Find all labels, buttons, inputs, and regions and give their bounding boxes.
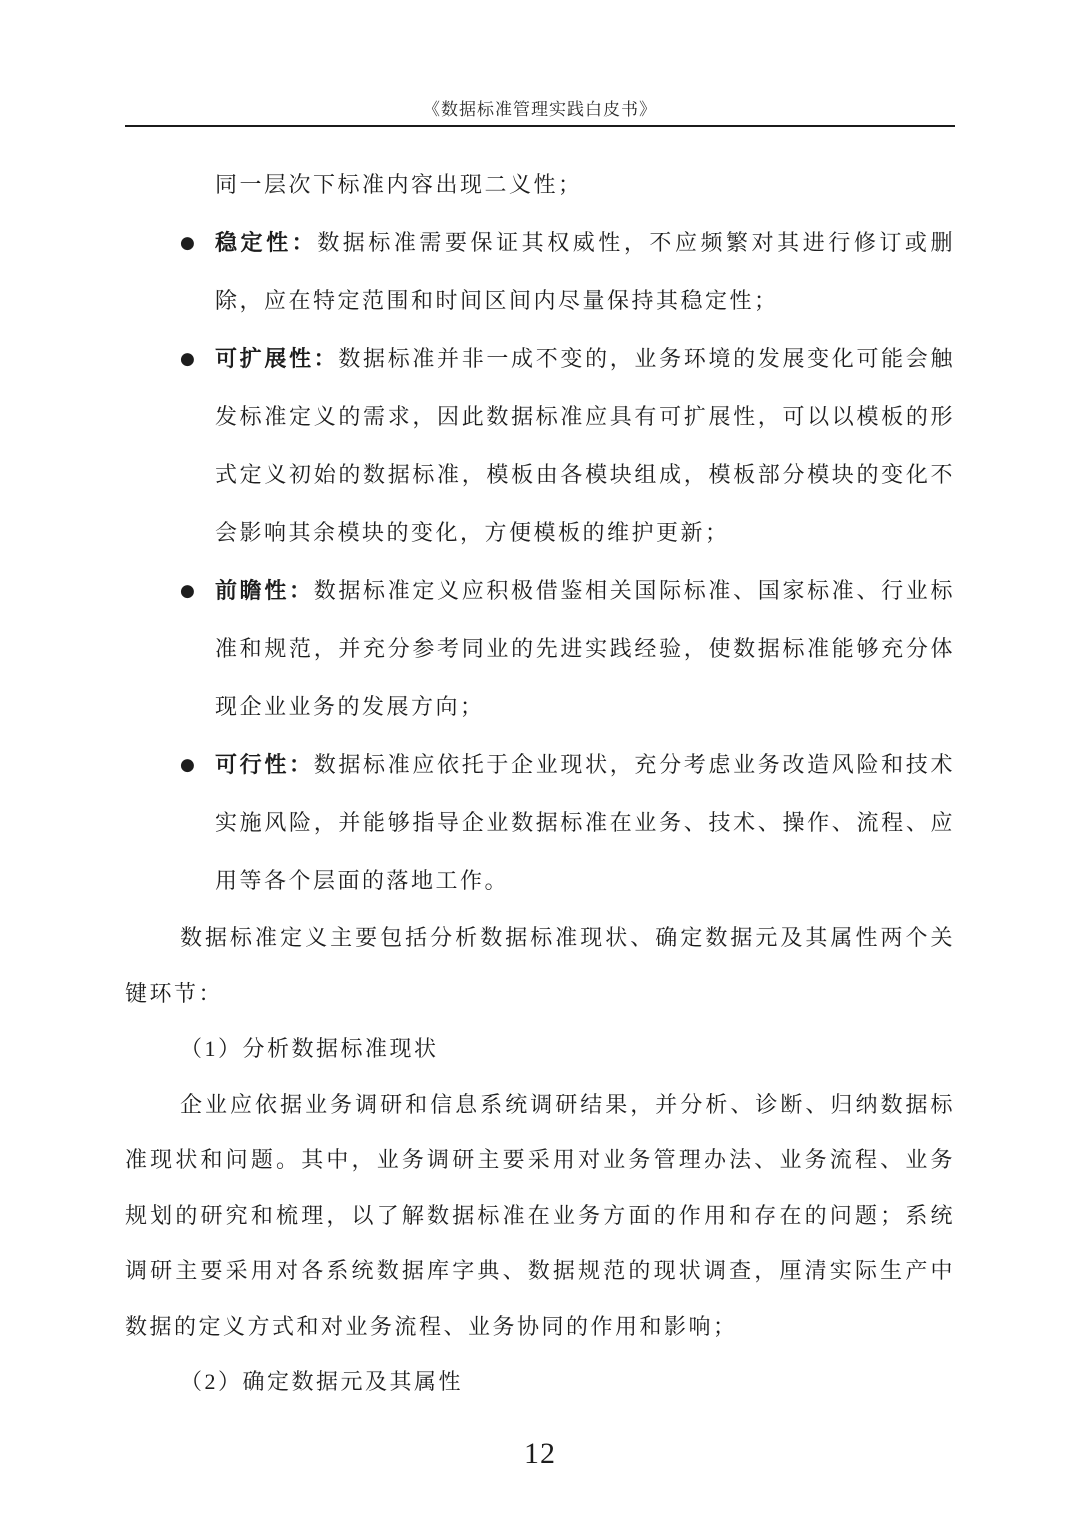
bullet-text: 数据标准并非一成不变的，业务环境的发展变化可能会触发标准定义的需求，因此数据标准… xyxy=(215,346,955,545)
bullet-icon: ● xyxy=(180,562,195,620)
bullet-section: 同一层次下标准内容出现二义性； ● 稳定性：数据标准需要保证其权威性，不应频繁对… xyxy=(125,156,955,910)
bullet-item-feasibility: ● 可行性：数据标准应依托于企业现状，充分考虑业务改造风险和技术实施风险，并能够… xyxy=(125,736,955,910)
bullet-item-foresight: ● 前瞻性：数据标准定义应积极借鉴相关国际标准、国家标准、行业标准和规范，并充分… xyxy=(125,562,955,736)
paragraph-research-detail: 企业应依据业务调研和信息系统调研结果，并分析、诊断、归纳数据标准现状和问题。其中… xyxy=(125,1077,955,1355)
paragraph-key-steps: 数据标准定义主要包括分析数据标准现状、确定数据元及其属性两个关键环节： xyxy=(125,910,955,1021)
bullet-text: 数据标准应依托于企业现状，充分考虑业务改造风险和技术实施风险，并能够指导企业数据… xyxy=(215,752,955,893)
page-header: 《数据标准管理实践白皮书》 xyxy=(125,0,955,135)
bullet-term: 可扩展性： xyxy=(215,346,338,371)
bullet-icon: ● xyxy=(180,330,195,388)
bullet-text: 数据标准定义应积极借鉴相关国际标准、国家标准、行业标准和规范，并充分参考同业的先… xyxy=(215,578,955,719)
bullet-term: 前瞻性： xyxy=(215,578,314,603)
header-title: 《数据标准管理实践白皮书》 xyxy=(125,0,955,121)
page-number: 12 xyxy=(0,1436,1080,1472)
bullet-icon: ● xyxy=(180,214,195,272)
bullet-item-extensibility: ● 可扩展性：数据标准并非一成不变的，业务环境的发展变化可能会触发标准定义的需求… xyxy=(125,330,955,562)
bullet-term: 可行性： xyxy=(215,752,314,777)
page-content: 同一层次下标准内容出现二义性； ● 稳定性：数据标准需要保证其权威性，不应频繁对… xyxy=(125,156,955,1410)
bullet-text: 数据标准需要保证其权威性，不应频繁对其进行修订或删除，应在特定范围和时间区间内尽… xyxy=(215,230,955,313)
bullet-icon: ● xyxy=(180,736,195,794)
subheading-define-data-element: （2）确定数据元及其属性 xyxy=(125,1354,955,1410)
subheading-analyze-status: （1）分析数据标准现状 xyxy=(125,1021,955,1077)
header-rule xyxy=(125,125,955,127)
paragraph-section: 数据标准定义主要包括分析数据标准现状、确定数据元及其属性两个关键环节： （1）分… xyxy=(125,910,955,1410)
bullet-item-stability: ● 稳定性：数据标准需要保证其权威性，不应频繁对其进行修订或删除，应在特定范围和… xyxy=(125,214,955,330)
continuation-line: 同一层次下标准内容出现二义性； xyxy=(125,156,955,214)
bullet-term: 稳定性： xyxy=(215,230,317,255)
document-page: 《数据标准管理实践白皮书》 同一层次下标准内容出现二义性； ● 稳定性：数据标准… xyxy=(0,0,1080,1526)
